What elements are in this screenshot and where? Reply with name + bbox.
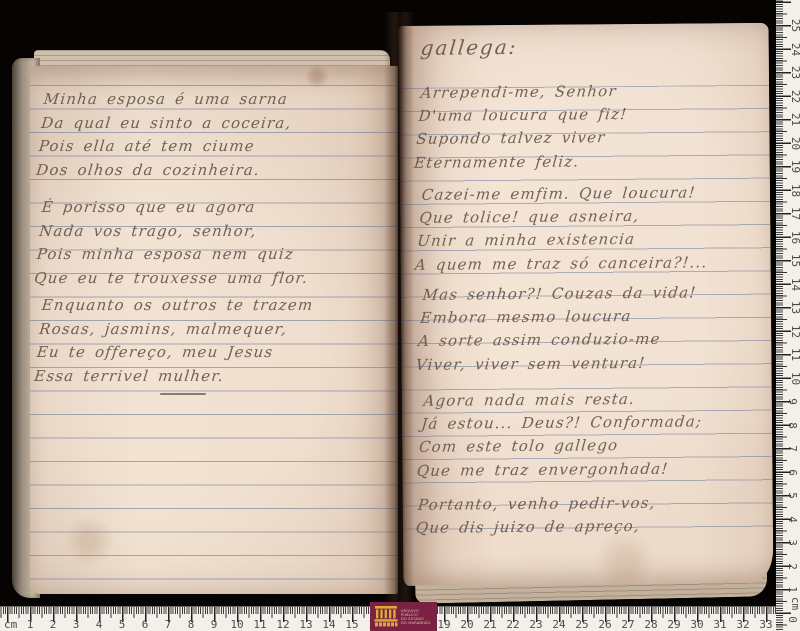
- handwriting-line: Enquanto os outros te trazem: [40, 294, 314, 318]
- ruler-number: 30: [690, 618, 703, 631]
- handwriting-line: Nada vos trago, senhor,: [38, 220, 314, 244]
- ruler-right: 2524232221201918171615141312111098765432…: [776, 0, 800, 631]
- ruler-number: 8: [188, 618, 195, 631]
- ruler-number: 2: [786, 563, 799, 570]
- handwriting-line: Que me traz envergonhada!: [416, 457, 699, 483]
- ruler-number: 6: [142, 618, 149, 631]
- ruler-number: 31: [713, 618, 726, 631]
- ruler-number: 21: [483, 618, 496, 631]
- handwriting-line: A quem me traz só canceira?!...: [414, 251, 709, 277]
- ruler-number: 17: [789, 207, 800, 220]
- ruler-number: 11: [789, 348, 800, 361]
- green-backing-strip: [762, 248, 775, 448]
- ruler-number: 10: [789, 371, 800, 384]
- ruler-number: 9: [786, 398, 799, 405]
- handwriting-line: Minha esposa é uma sarna: [42, 88, 295, 112]
- handwriting-line: Embora mesmo loucura: [419, 305, 695, 331]
- ruler-number: 28: [644, 618, 657, 631]
- handwriting-line: Eu te offereço, meu Jesus: [36, 341, 310, 365]
- ruler-number: 12: [276, 618, 289, 631]
- book-gutter-shadow: [384, 12, 414, 604]
- archive-logo-text-line: DO ESTADO: [401, 618, 431, 620]
- scanned-notebook-photo: Minha esposa é uma sarnaDa qual eu sinto…: [0, 0, 800, 631]
- handwriting-line: Unir a minha existencia: [416, 228, 711, 254]
- ruler-number: 13: [299, 618, 312, 631]
- ruler-number: 22: [789, 89, 800, 102]
- handwriting-line: Dos olhos da cozinheira.: [35, 159, 288, 183]
- handwriting-line: Pois minha esposa nem quiz: [36, 243, 312, 267]
- ruler-number: 25: [789, 19, 800, 32]
- ruler-number: 5: [786, 492, 799, 499]
- handwriting-line: Arrependi-me, Senhor: [420, 80, 631, 105]
- ruler-unit-label: cm: [4, 618, 17, 631]
- handwriting-line: Essa terrivel mulher.: [33, 365, 307, 389]
- ruler-number: 29: [667, 618, 680, 631]
- handwriting-line: Viver, viver sem ventura!: [415, 351, 691, 377]
- archive-logo-text-line: ARQUIVO: [401, 610, 431, 612]
- ruler-number: 3: [786, 539, 799, 546]
- left-page: Minha esposa é uma sarnaDa qual eu sinto…: [30, 66, 398, 594]
- ruler-number: 1: [786, 586, 799, 593]
- handwriting-line: D'uma loucura que fiz!: [417, 103, 628, 128]
- ruler-number: 26: [598, 618, 611, 631]
- handwriting-line: Cazei-me emfim. Que loucura!: [421, 181, 716, 207]
- ruler-number: 33: [759, 618, 772, 631]
- archive-logo-text-line: PÚBLICO: [401, 614, 431, 616]
- handwriting-stanza: Portanto, venho pedir-vos,Que dis juizo …: [415, 492, 657, 540]
- ruler-number: 25: [575, 618, 588, 631]
- ruler-number: 21: [789, 113, 800, 126]
- ruler-number: 4: [786, 516, 799, 523]
- ruler-number: 0: [786, 616, 799, 623]
- handwriting-line: Que dis juizo de apreço,: [415, 515, 655, 540]
- ruler-number: 15: [789, 254, 800, 267]
- archive-logo: ARQUIVOPÚBLICODO ESTADODO MARANHÃO: [370, 602, 437, 631]
- ruler-number: 9: [211, 618, 218, 631]
- handwriting-stanza: Agora nada mais resta.Já estou... Deus?!…: [416, 387, 706, 482]
- ruler-number: 1: [27, 618, 34, 631]
- ruler-number: 13: [789, 301, 800, 314]
- right-page: gallega: Arrependi-me, SenhorD'uma loucu…: [399, 23, 774, 586]
- handwriting-stanza: Minha esposa é uma sarnaDa qual eu sinto…: [35, 88, 295, 182]
- ruler-number: 24: [552, 618, 565, 631]
- ruler-number: 5: [119, 618, 126, 631]
- handwriting-line: Que eu te trouxesse uma flor.: [33, 267, 309, 291]
- ruler-number: 15: [345, 618, 358, 631]
- ruler-number: 10: [230, 618, 243, 631]
- ruler-number: 23: [529, 618, 542, 631]
- ruler-number: 16: [789, 230, 800, 243]
- ruler-number: 12: [789, 324, 800, 337]
- ruler-number: 23: [789, 66, 800, 79]
- ruler-number: 8: [786, 422, 799, 429]
- ruler-number: 14: [322, 618, 335, 631]
- handwriting-stanza: Arrependi-me, SenhorD'uma loucura que fi…: [413, 80, 631, 175]
- ruler-number: 24: [789, 42, 800, 55]
- building-icon: [374, 606, 398, 627]
- handwriting-line: É porisso que eu agora: [40, 196, 316, 220]
- ruler-number: cm: [789, 597, 800, 610]
- handwriting-line: Pois ella até tem ciume: [38, 135, 291, 159]
- handwriting-line: Da qual eu sinto a coceira,: [40, 112, 293, 136]
- handwriting-line: Eternamente feliz.: [413, 150, 624, 175]
- handwriting-stanza: É porisso que eu agoraNada vos trago, se…: [33, 196, 317, 290]
- ruler-number: 11: [253, 618, 266, 631]
- handwriting-line: Mas senhor?! Couzas da vida!: [421, 281, 697, 307]
- handwriting-stanza: Cazei-me emfim. Que loucura!Que tolice! …: [414, 181, 716, 276]
- ruler-number: 3: [73, 618, 80, 631]
- handwriting-line: A sorte assim conduzio-me: [417, 328, 693, 354]
- archive-logo-text-line: DO MARANHÃO: [401, 622, 431, 624]
- ruler-number: 27: [621, 618, 634, 631]
- handwriting-line: Já estou... Deus?! Conformada;: [420, 411, 703, 437]
- ruler-number: 6: [786, 469, 799, 476]
- ruler-number: 20: [789, 136, 800, 149]
- handwriting-line: Supondo talvez viver: [415, 126, 626, 151]
- handwriting-line: Rosas, jasmins, malmequer,: [38, 318, 312, 342]
- handwriting-line: Com este tolo gallego: [418, 434, 701, 460]
- stanza-end-dash: [160, 393, 206, 395]
- handwriting-line: Que tolice! que asneira,: [418, 204, 713, 230]
- handwriting-stanza: Mas senhor?! Couzas da vida!Embora mesmo…: [415, 281, 698, 376]
- page-title: gallega:: [420, 35, 519, 60]
- ruler-number: 7: [165, 618, 172, 631]
- ruler-number: 18: [789, 183, 800, 196]
- ruler-number: 20: [460, 618, 473, 631]
- ruler-number: 14: [789, 277, 800, 290]
- ruler-number: 4: [96, 618, 103, 631]
- ruler-number: 7: [786, 445, 799, 452]
- handwriting-line: Portanto, venho pedir-vos,: [417, 492, 657, 517]
- handwriting-stanza: Enquanto os outros te trazemRosas, jasmi…: [33, 294, 314, 388]
- ruler-number: 22: [506, 618, 519, 631]
- ruler-number: 2: [50, 618, 57, 631]
- archive-logo-text: ARQUIVOPÚBLICODO ESTADODO MARANHÃO: [401, 609, 461, 625]
- ruler-number: 19: [789, 160, 800, 173]
- handwriting-line: Agora nada mais resta.: [422, 387, 705, 413]
- ruler-number: 32: [736, 618, 749, 631]
